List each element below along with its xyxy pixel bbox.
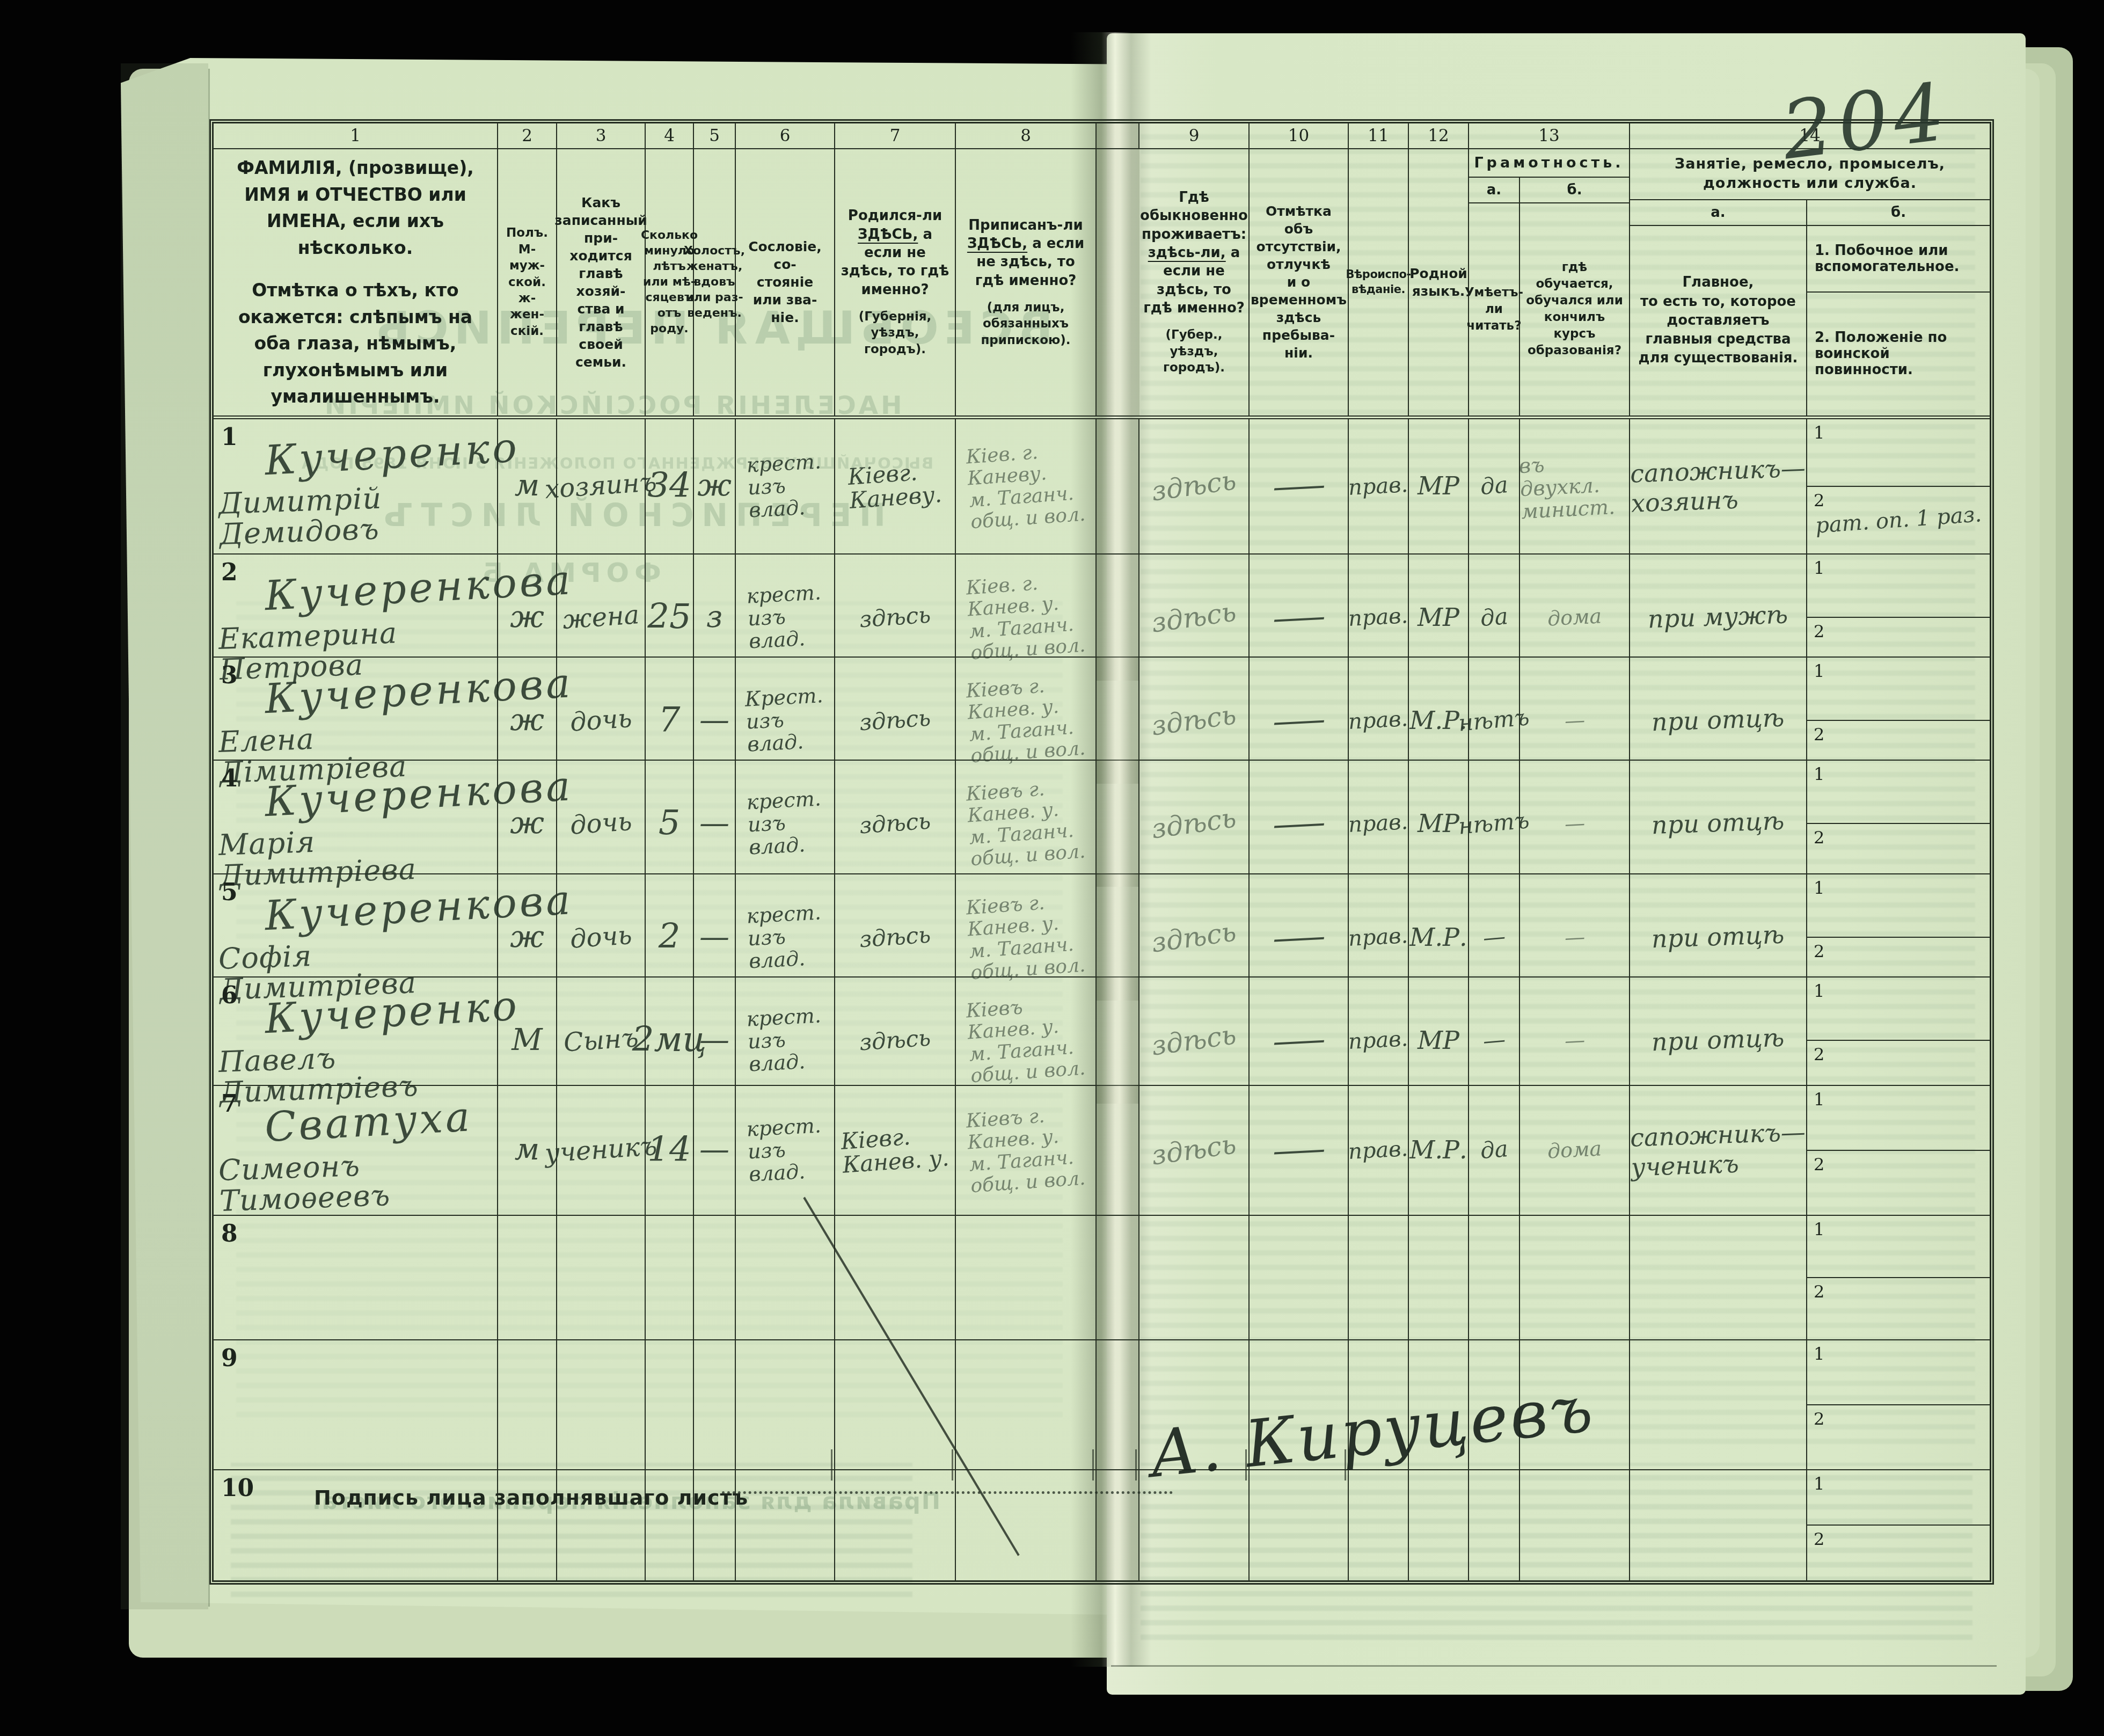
cell-age: 5 — [646, 761, 694, 887]
col-number: 5 — [694, 123, 736, 148]
cell-religion: прав. — [1349, 978, 1409, 1104]
surname-handwriting: Кучеренкова — [264, 882, 498, 937]
cell-birthplace: здѣсь — [835, 761, 956, 887]
secondary-occupation-half: 1 — [1807, 419, 1990, 487]
row-number: 6 — [221, 982, 238, 1009]
cell-language — [1409, 1216, 1469, 1339]
table-row: 5 Кучеренкова Софія Димитріева ж дочь 2 … — [214, 874, 1990, 978]
cell-religion: прав. — [1349, 761, 1409, 887]
surname-handwriting: Кучеренкова — [264, 665, 498, 720]
cell-relation — [557, 1340, 646, 1469]
cell-age — [646, 1340, 694, 1469]
column-line-stub — [1135, 1449, 1137, 1480]
cell-registration: Кіев. г. Каневу. м. Таганч. общ. и вол. — [956, 419, 1097, 553]
cell-birthplace — [835, 1216, 956, 1339]
cell-language: МР — [1409, 978, 1469, 1104]
cell-registration: Кіевъ г. Канев. у. м. Таганч. общ. и вол… — [956, 1086, 1097, 1215]
cell-absence: — — [1250, 978, 1349, 1104]
cell-occupation-secondary: 1 2 — [1807, 978, 1990, 1104]
cell-estate: крест. изъ влад. — [736, 978, 835, 1104]
column-line-stub — [831, 1449, 832, 1480]
column-line-stub — [1092, 1449, 1094, 1480]
half-label-2: 2 — [1814, 1281, 1824, 1302]
header-col-marital: Холостъ, женатъ, вдовъ или раз- веденъ. — [694, 149, 736, 415]
sub-col-b: б. — [1807, 200, 1990, 226]
row-number: 8 — [221, 1220, 238, 1248]
column-line-stub — [952, 1449, 953, 1480]
cell-age — [646, 1216, 694, 1339]
half-label-2: 2 — [1814, 1154, 1824, 1175]
given-name-handwriting: Димитрій Демидовъ — [218, 479, 498, 550]
cell-name: 6 Кучеренко Павелъ Димитріевъ — [214, 978, 498, 1104]
cell-birthplace: здѣсь — [835, 978, 956, 1104]
cell-occupation-secondary: 1 2 — [1807, 1216, 1990, 1339]
header-row: ФАМИЛІЯ, (прозвище), ИМЯ и ОТЧЕСТВО или … — [214, 149, 1990, 419]
cell-occupation-secondary: 1 2 — [1807, 1470, 1990, 1580]
col-number: 10 — [1250, 123, 1349, 148]
cell-absence: — — [1250, 419, 1349, 553]
secondary-occupation-half: 1 — [1807, 1470, 1990, 1526]
header-col-estate: Сословіе, со- стояніе или зва- ніе. — [736, 149, 835, 415]
header-col-sex: Полъ. М-муж- ской. ж-жен- скій. — [498, 149, 557, 415]
half-label-2: 2 — [1814, 724, 1824, 745]
cell-literacy: да — [1469, 419, 1520, 553]
gutter — [1097, 761, 1139, 887]
cell-estate: крест. изъ влад. — [736, 419, 835, 553]
surname-handwriting: Сватуха — [264, 1093, 498, 1148]
cell-absence — [1250, 1470, 1349, 1580]
gutter — [1097, 149, 1139, 415]
half-label-1: 1 — [1814, 1089, 1824, 1110]
cell-estate: крест. изъ влад. — [736, 761, 835, 887]
cell-relation: хозяинъ — [557, 419, 646, 553]
header-col-religion: Вѣроиспо- вѣданіе. — [1349, 149, 1409, 415]
cell-residence: здѣсь — [1139, 1086, 1250, 1215]
military-status-half: 2 — [1807, 1151, 1990, 1215]
half-label-2: 2 — [1814, 1529, 1824, 1549]
cell-relation: ученикъ — [557, 1086, 646, 1215]
cell-literacy: — — [1469, 978, 1520, 1104]
half-label-1: 1 — [1814, 558, 1824, 578]
half-label-2: 2 — [1814, 1409, 1824, 1429]
header-col-language: Родной языкъ. — [1409, 149, 1469, 415]
half-label-2: 2 — [1814, 941, 1824, 961]
table-row: 7 Сватуха Симеонъ Тимоѳеевъ м ученикъ 14… — [214, 1086, 1990, 1216]
table-row: 3 Кучеренкова Елена Дімитріева ж дочь 7 … — [214, 658, 1990, 761]
cell-marital: ж — [694, 419, 736, 553]
half-label-1: 1 — [1814, 981, 1824, 1001]
row-number: 1 — [221, 424, 238, 451]
surname-handwriting — [265, 1348, 496, 1360]
cell-registration: Кіевъ Канев. у. м. Таганч. общ. и вол. — [956, 978, 1097, 1104]
cell-education: — — [1520, 761, 1630, 887]
cell-birthplace: Кіевг. Каневу. — [835, 419, 956, 553]
secondary-occupation-half: 1 — [1807, 874, 1990, 938]
sub-col-a: а. — [1469, 178, 1519, 203]
cell-residence: здѣсь — [1139, 978, 1250, 1104]
row-number: 7 — [221, 1090, 238, 1118]
cell-absence: — — [1250, 761, 1349, 887]
row-number: 10 — [221, 1475, 254, 1502]
cell-education: дома — [1520, 1086, 1630, 1215]
header-col-residence: Гдѣ обыкновенно проживаетъ: здѣсь-ли, а … — [1139, 149, 1250, 415]
secondary-occupation-half: 1 — [1807, 1340, 1990, 1405]
secondary-occupation-half: 1 — [1807, 1216, 1990, 1278]
half-label-1: 1 — [1814, 878, 1824, 898]
table-row: 8 — [214, 1216, 1990, 1340]
secondary-occupation-half: 1 — [1807, 1086, 1990, 1151]
half-label-2: 2 — [1814, 827, 1824, 848]
col-number: 12 — [1409, 123, 1469, 148]
cell-estate: крест. изъ влад. — [736, 1086, 835, 1215]
half-label-2: 2 — [1814, 490, 1824, 510]
col-number: 3 — [557, 123, 646, 148]
cell-age: 14 — [646, 1086, 694, 1215]
cell-occupation — [1630, 1470, 1807, 1580]
secondary-occupation-half: 1 — [1807, 978, 1990, 1041]
row-number: 2 — [221, 559, 238, 586]
cell-occupation-secondary: 1 2 рат. оп. 1 раз. — [1807, 419, 1990, 553]
cell-sex — [498, 1216, 557, 1339]
cell-language: М.Р. — [1409, 1086, 1469, 1215]
cell-occupation: сапожникъ— хозяинъ — [1630, 419, 1807, 553]
cell-occupation: при отцѣ — [1630, 761, 1807, 887]
cell-estate — [736, 1470, 835, 1580]
cell-literacy: нѣтъ — [1469, 761, 1520, 887]
secondary-occupation-half: 1 — [1807, 761, 1990, 825]
half-label-1: 1 — [1814, 764, 1824, 784]
cell-name: 7 Сватуха Симеонъ Тимоѳеевъ — [214, 1086, 498, 1215]
header-col-relation: Какъ записанный при- ходится главѣ хозяй… — [557, 149, 646, 415]
cell-absence — [1250, 1216, 1349, 1339]
row-number: 9 — [221, 1345, 238, 1372]
military-status-half: 2 — [1807, 1278, 1990, 1339]
surname-handwriting: Кучеренко — [264, 985, 498, 1040]
cell-marital: — — [694, 1086, 736, 1215]
cell-occupation-secondary: 1 2 — [1807, 761, 1990, 887]
cell-education: — — [1520, 978, 1630, 1104]
half-label-2: 2 — [1814, 621, 1824, 641]
half-label-1: 1 — [1814, 661, 1824, 681]
cell-occupation: сапожникъ— ученикъ — [1630, 1086, 1807, 1215]
signature-label: Подпись лица заполнявшаго листъ — [314, 1486, 748, 1509]
cell-age: 2мц — [646, 978, 694, 1104]
left-page-edge — [121, 63, 208, 1609]
cell-sex — [498, 1340, 557, 1469]
cell-occupation-secondary: 1 2 — [1807, 1340, 1990, 1469]
cell-estate — [736, 1340, 835, 1469]
column-number-row: 1 2 3 4 5 6 7 8 9 10 11 12 13 14 — [214, 123, 1990, 149]
gutter — [1097, 123, 1139, 148]
military-status-half: 2 — [1807, 1405, 1990, 1469]
gutter — [1097, 419, 1139, 553]
cell-marital — [694, 1216, 736, 1339]
military-status-half: 2 — [1807, 1526, 1990, 1580]
col-number: 7 — [835, 123, 956, 148]
cell-religion — [1349, 1216, 1409, 1339]
secondary-occupation-half: 1 — [1807, 658, 1990, 721]
col-number: 6 — [736, 123, 835, 148]
cell-religion: прав. — [1349, 1086, 1409, 1215]
row-number: 5 — [221, 879, 238, 906]
cell-birthplace: Кіевг. Канев. у. — [835, 1086, 956, 1215]
table-row: 2 Кучеренкова Екатерина Петрова ж жена 2… — [214, 555, 1990, 658]
cell-education — [1520, 1216, 1630, 1339]
cell-literacy — [1469, 1470, 1520, 1580]
half-label-1: 1 — [1814, 1344, 1824, 1364]
gutter — [1097, 978, 1139, 1104]
cell-name: 1 Кучеренко Димитрій Демидовъ — [214, 419, 498, 553]
row-number: 3 — [221, 662, 238, 689]
cell-age: 34 — [646, 419, 694, 553]
cell-registration — [956, 1470, 1097, 1580]
half-label-2: 2 — [1814, 1044, 1824, 1064]
gutter — [1097, 1470, 1139, 1580]
cell-religion — [1349, 1470, 1409, 1580]
cell-name: 9 — [214, 1340, 498, 1469]
gutter — [1097, 1086, 1139, 1215]
cell-education: въ двухкл. минист. — [1520, 419, 1630, 553]
header-group-occupation: Занятіе, ремесло, промыселъ, должность и… — [1630, 149, 1990, 415]
cell-registration — [956, 1340, 1097, 1469]
sub-col-b: б. — [1520, 178, 1629, 203]
cell-literacy — [1469, 1216, 1520, 1339]
col-number: 4 — [646, 123, 694, 148]
table-row: 9 — [214, 1340, 1990, 1470]
cell-relation: дочь — [557, 761, 646, 887]
col-number: 11 — [1349, 123, 1409, 148]
secondary-occupation-half: 1 — [1807, 555, 1990, 618]
cell-occupation — [1630, 1216, 1807, 1339]
col-number: 1 — [214, 123, 498, 148]
cell-estate — [736, 1216, 835, 1339]
given-name-handwriting — [219, 1224, 497, 1234]
header-col-absence: Отмѣтка объ отсутствіи, отлучкѣ и о врем… — [1250, 149, 1349, 415]
cell-literacy: да — [1469, 1086, 1520, 1215]
header-col-names: ФАМИЛІЯ, (прозвище), ИМЯ и ОТЧЕСТВО или … — [214, 149, 498, 415]
given-name-handwriting — [219, 1349, 497, 1359]
cell-residence: здѣсь — [1139, 761, 1250, 887]
cell-registration: Кіевъ г. Канев. у. м. Таганч. общ. и вол… — [956, 761, 1097, 887]
cell-marital: — — [694, 978, 736, 1104]
surname-handwriting: Кучеренко — [264, 427, 498, 482]
cell-birthplace — [835, 1340, 956, 1469]
page-bottom-edge-line — [1111, 1665, 1997, 1667]
cell-language: МР — [1409, 419, 1469, 553]
cell-occupation — [1630, 1340, 1807, 1469]
cell-absence: — — [1250, 1086, 1349, 1215]
cell-occupation-secondary: 1 2 — [1807, 1086, 1990, 1215]
table-body: 1 Кучеренко Димитрій Демидовъ м хозяинъ … — [214, 419, 1990, 1580]
cell-religion: прав. — [1349, 419, 1409, 553]
surname-handwriting: Кучеренкова — [264, 768, 498, 823]
cell-sex: ж — [498, 761, 557, 887]
cell-marital: — — [694, 761, 736, 887]
header-col-registration: Приписанъ-ли ЗДѢСЬ, а если не здѣсь, то … — [956, 149, 1097, 415]
cell-residence: здѣсь — [1139, 419, 1250, 553]
row-number: 4 — [221, 765, 238, 792]
cell-registration — [956, 1216, 1097, 1339]
census-table: 1 2 3 4 5 6 7 8 9 10 11 12 13 14 ФАМИЛІЯ… — [209, 119, 1994, 1585]
cell-language — [1409, 1470, 1469, 1580]
table-row: 1 Кучеренко Димитрій Демидовъ м хозяинъ … — [214, 419, 1990, 555]
surname-handwriting — [265, 1223, 496, 1236]
cell-name: 4 Кучеренкова Марія Димитріева — [214, 761, 498, 887]
signature-dotted-line — [722, 1491, 1173, 1494]
col-number: 2 — [498, 123, 557, 148]
gutter — [1097, 1216, 1139, 1339]
surname-handwriting: Кучеренкова — [264, 562, 498, 617]
cell-relation — [557, 1216, 646, 1339]
half-label-1: 1 — [1814, 1219, 1824, 1239]
table-row: 6 Кучеренко Павелъ Димитріевъ М Сынъ 2мц… — [214, 978, 1990, 1086]
half-label-1: 1 — [1814, 1474, 1824, 1494]
military-status-half: 2 рат. оп. 1 раз. — [1807, 487, 1990, 553]
header-col-birthplace: Родился-ли ЗДѢСЬ, а если не здѣсь, то гд… — [835, 149, 956, 415]
gutter — [1097, 1340, 1139, 1469]
header-group-literacy: Грамотность. а. Умѣетъ- ли читать? б. гд… — [1469, 149, 1630, 415]
sub-col-a: а. — [1630, 200, 1806, 226]
col-number: 13 — [1469, 123, 1630, 148]
col-number: 9 — [1139, 123, 1250, 148]
cell-marital — [694, 1340, 736, 1469]
cell-birthplace — [835, 1470, 956, 1580]
half-label-1: 1 — [1814, 422, 1824, 443]
col-number: 8 — [956, 123, 1097, 148]
cell-residence — [1139, 1216, 1250, 1339]
cell-education — [1520, 1470, 1630, 1580]
cell-sex: М — [498, 978, 557, 1104]
table-row: 4 Кучеренкова Марія Димитріева ж дочь 5 … — [214, 761, 1990, 874]
given-name-handwriting: Симеонъ Тимоѳеевъ — [218, 1146, 498, 1216]
cell-name: 8 — [214, 1216, 498, 1339]
cell-occupation: при отцѣ — [1630, 978, 1807, 1104]
